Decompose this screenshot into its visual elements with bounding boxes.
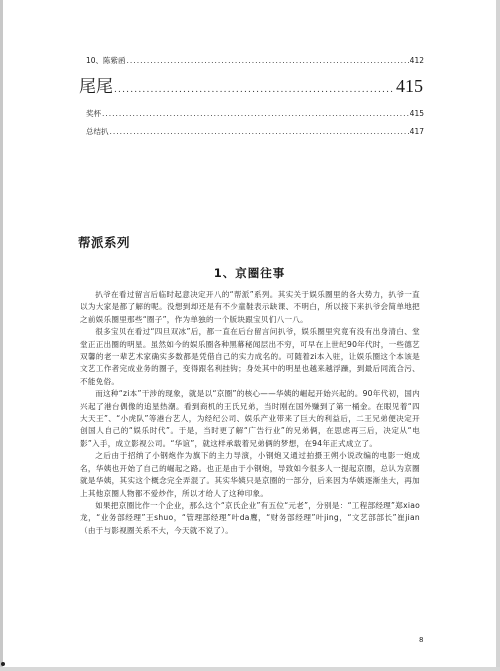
document-page: 10、陈紫函 412 尾尾 415 奖杯 415 总结扒 417 帮派系列 1、…: [3, 0, 496, 667]
chapter-title: 1、京圈往事: [3, 265, 496, 281]
body-paragraph: 很多宝贝在看过“四旦双冰”后，都一直在后台留言问扒爷，娱乐圈里究竟有没有出身清白…: [80, 326, 420, 388]
toc-entry-page: 415: [410, 109, 424, 118]
toc-entry-label: 10、陈紫函: [86, 55, 126, 66]
toc-entry[interactable]: 总结扒 417: [86, 126, 424, 137]
toc-entry-label: 奖杯: [86, 108, 101, 119]
body-paragraph: 扒爷在看过留言后临时起意决定开八的“帮派”系列。其实关于娱乐圈里的各大势力，扒爷…: [80, 289, 420, 326]
page-bottom-edge: [0, 667, 500, 671]
toc-entry[interactable]: 奖杯 415: [86, 108, 424, 119]
toc-leader-dots: [127, 56, 409, 65]
toc-entry-page: 417: [410, 127, 424, 136]
toc-leader-dots: [114, 85, 395, 95]
toc-entry-page: 412: [410, 56, 424, 65]
toc-entry[interactable]: 10、陈紫函 412: [86, 55, 424, 66]
body-paragraph: 如果把京圈比作一个企业，那么这个“京氏企业”有五位“元老”，分别是：“工程部经理…: [80, 500, 420, 537]
page-number: 8: [419, 636, 423, 644]
section-heading: 帮派系列: [78, 233, 130, 251]
corner-marker-icon: [1, 662, 5, 666]
toc-entry-label: 尾尾: [79, 72, 113, 97]
body-paragraph: 之后由于招纳了小钢炮作为旗下的主力导演，小钢炮又通过拍摄王朔小说改编的电影一炮成…: [80, 450, 420, 500]
toc-entry-page: 415: [396, 76, 423, 97]
toc-leader-dots: [110, 127, 409, 136]
body-paragraph: 而这种“zi本”干涉的现象，就是以“京圈”的核心——华姨的崛起开始兴起的。90年…: [80, 388, 420, 450]
toc-entry-main[interactable]: 尾尾 415: [79, 72, 423, 97]
toc-entry-label: 总结扒: [86, 126, 109, 137]
toc-leader-dots: [102, 109, 409, 118]
chapter-body: 扒爷在看过留言后临时起意决定开八的“帮派”系列。其实关于娱乐圈里的各大势力，扒爷…: [80, 289, 420, 537]
